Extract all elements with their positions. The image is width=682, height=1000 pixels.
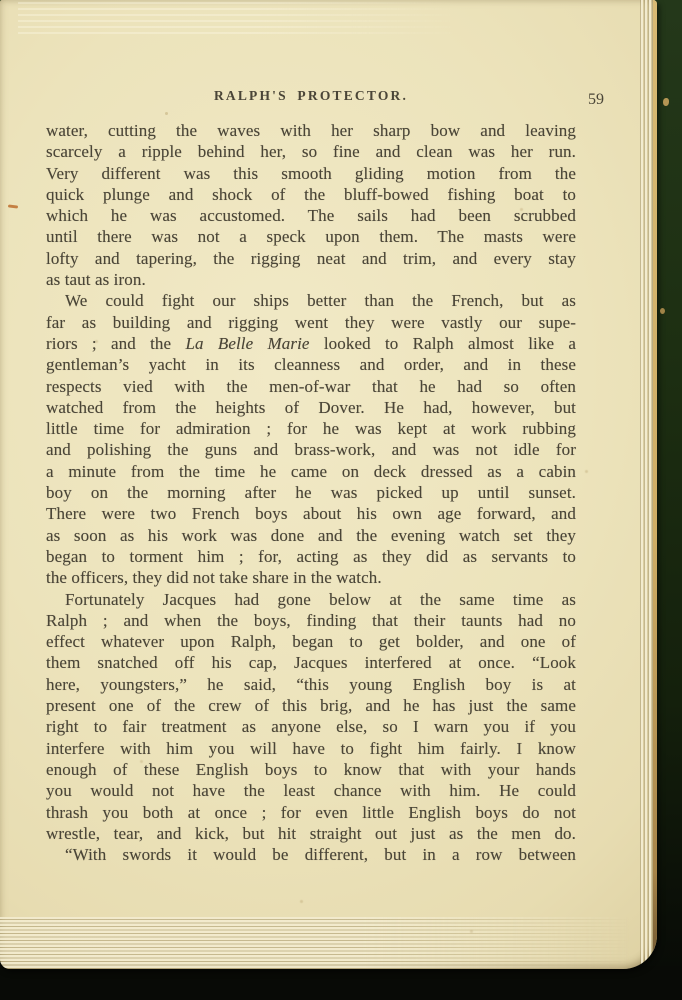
- text-line: Very different was this smooth gliding m…: [46, 163, 576, 184]
- text-line: “With swords it would be different, but …: [46, 844, 576, 865]
- text-line: present one of the crew of this brig, an…: [46, 695, 576, 716]
- text-line: as taut as iron.: [46, 269, 576, 290]
- text-line: began to torment him ; for, acting as th…: [46, 546, 576, 567]
- text-line: scarcely a ripple behind her, so fine an…: [46, 141, 576, 162]
- running-title: RALPH'S PROTECTOR.: [46, 88, 576, 104]
- ship-name-italic: La Belle Marie: [185, 334, 309, 353]
- text-column: water, cutting the waves with her sharp …: [46, 120, 576, 865]
- text-line: boy on the morning after he was picked u…: [46, 482, 576, 503]
- text-line: until there was not a speck upon them. T…: [46, 226, 576, 247]
- page-edge-stack-right: [640, 0, 657, 969]
- cover-speck: [663, 98, 669, 106]
- text-line: as soon as his work was done and the eve…: [46, 525, 576, 546]
- text-line: water, cutting the waves with her sharp …: [46, 120, 576, 141]
- text-line: thrash you both at once ; for even littl…: [46, 802, 576, 823]
- text-line: Ralph ; and when the boys, finding that …: [46, 610, 576, 631]
- text-line: little time for admiration ; for he was …: [46, 418, 576, 439]
- text-line: the officers, they did not take share in…: [46, 567, 576, 588]
- text-line: right to fair treatment as anyone else, …: [46, 716, 576, 737]
- text-segment: looked to Ralph almost like a: [310, 334, 576, 353]
- text-line: a minute from the time he came on deck d…: [46, 461, 576, 482]
- cover-speck: [660, 308, 665, 314]
- page-number: 59: [588, 91, 604, 109]
- text-line: wrestle, tear, and kick, but hit straigh…: [46, 823, 576, 844]
- scanned-book-photo: RALPH'S PROTECTOR. 59 water, cutting the…: [0, 0, 682, 1000]
- margin-ink-mark: [8, 204, 18, 208]
- text-line: quick plunge and shock of the bluff-bowe…: [46, 184, 576, 205]
- paper-specks: [165, 112, 168, 115]
- text-line: interfere with him you will have to figh…: [46, 738, 576, 759]
- text-line: respects vied with the men-of-war that h…: [46, 376, 576, 397]
- text-line: There were two French boys about his own…: [46, 503, 576, 524]
- text-line: and polishing the guns and brass-work, a…: [46, 439, 576, 460]
- text-line: here, youngsters,” he said, “this young …: [46, 674, 576, 695]
- page-header: RALPH'S PROTECTOR. 59: [46, 88, 576, 110]
- text-line: lofty and tapering, the rigging neat and…: [46, 248, 576, 269]
- text-line: far as building and rigging went they we…: [46, 312, 576, 333]
- text-segment: riors ; and the: [46, 334, 185, 353]
- text-line: effect whatever upon Ralph, began to get…: [46, 631, 576, 652]
- text-line: Fortunately Jacques had gone below at th…: [46, 589, 576, 610]
- text-line: them snatched off his cap, Jacques inter…: [46, 652, 576, 673]
- text-line: enough of these English boys to know tha…: [46, 759, 576, 780]
- text-line: riors ; and the La Belle Marie looked to…: [46, 333, 576, 354]
- text-line: watched from the heights of Dover. He ha…: [46, 397, 576, 418]
- text-line: which he was accustomed. The sails had b…: [46, 205, 576, 226]
- book-page: RALPH'S PROTECTOR. 59 water, cutting the…: [0, 0, 657, 969]
- page-edge-stack-bottom: [0, 917, 657, 969]
- page-edge-streaks-top: [18, 2, 458, 34]
- text-line: you would not have the least chance with…: [46, 780, 576, 801]
- text-line: We could fight our ships better than the…: [46, 290, 576, 311]
- text-line: gentleman’s yacht in its cleanness and o…: [46, 354, 576, 375]
